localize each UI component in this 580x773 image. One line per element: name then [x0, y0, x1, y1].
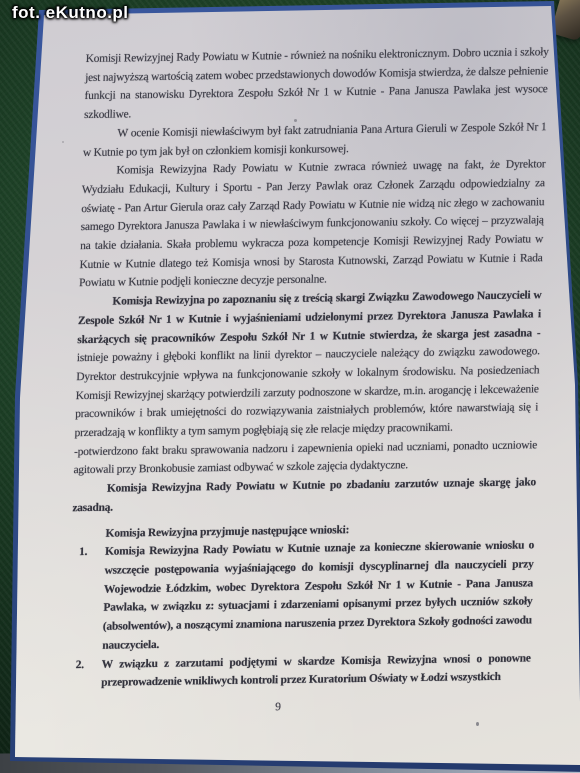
conclusion-item-1-text: Komisja Rewizyjna Rady Powiatu w Kutnie …	[102, 537, 534, 656]
paragraph-verdict: Komisja Rewizyjna Rady Powiatu w Kutnie …	[72, 473, 536, 517]
list-number: 2.	[75, 655, 102, 693]
conclusions-list: 1. Komisja Rewizyjna Rady Powiatu w Kutn…	[67, 537, 534, 694]
watermark-credit: fot. eKutno.pl	[12, 3, 129, 23]
document-text: Komisji Rewizyjnej Rady Powiatu w Kutnie…	[66, 43, 549, 720]
conclusion-item-2-text: W związku z zarzutami podjętymi w skardz…	[101, 649, 531, 693]
paragraph-board-criticism: Komisja Rewizyjna Rady Powiatu w Kutnie …	[79, 155, 546, 293]
complaint-findings-normal: istnieje poważny i głęboki konflikt na l…	[74, 346, 540, 440]
complaint-findings-bold: Komisja Rewizyjna po zapoznaniu się z tr…	[77, 289, 541, 345]
paper-speck	[476, 722, 479, 726]
photo-scene: Komisji Rewizyjnej Rady Powiatu w Kutnie…	[0, 0, 580, 773]
conclusion-item-2: 2. W związku z zarzutami podjętymi w ska…	[67, 649, 531, 693]
paragraph-complaint-findings: Komisja Rewizyjna po zapoznaniu się z tr…	[74, 286, 541, 443]
list-number: 1.	[76, 543, 105, 656]
paper-speck	[62, 141, 64, 143]
conclusion-item-1: 1. Komisja Rewizyjna Rady Powiatu w Kutn…	[68, 537, 534, 656]
paragraph-continuation: Komisji Rewizyjnej Rady Powiatu w Kutnie…	[84, 43, 549, 125]
